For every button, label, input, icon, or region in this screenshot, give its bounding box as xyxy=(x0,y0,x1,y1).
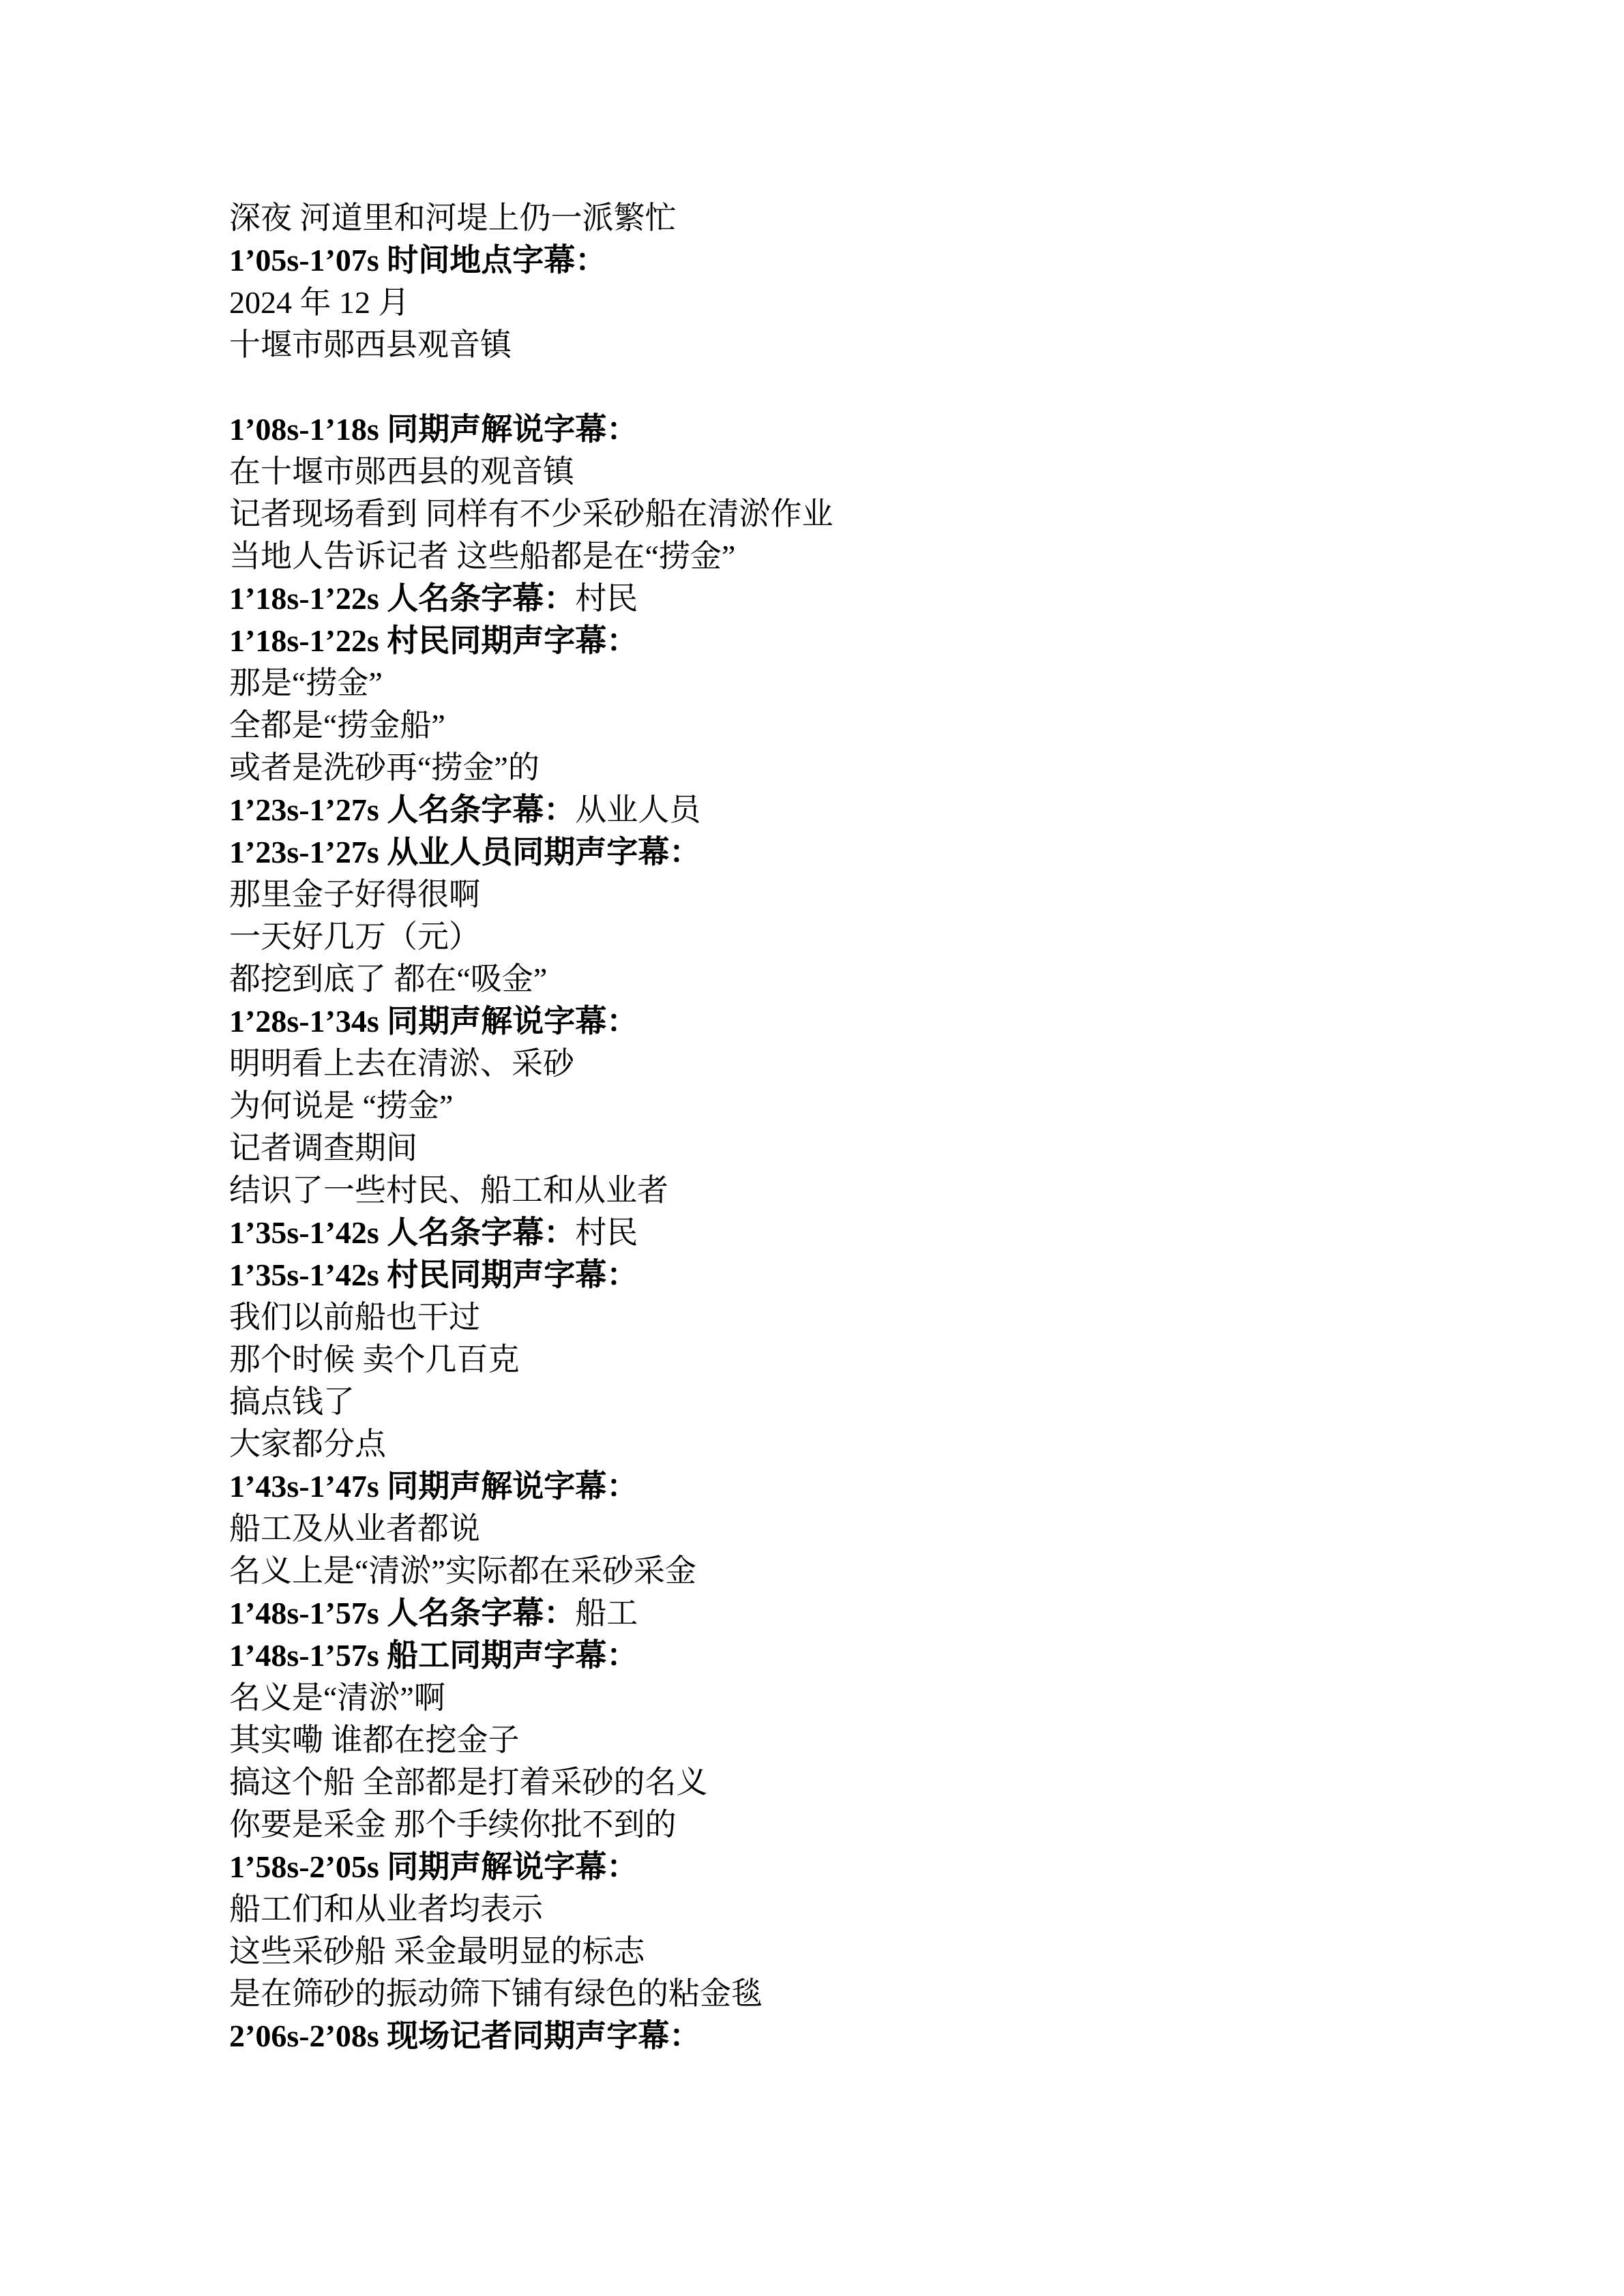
caption-text-segment: 名义上是“清淤”实际都在采砂采金 xyxy=(229,1553,696,1588)
caption-header-segment: 1’43s-1’47s 同期声解说字幕： xyxy=(229,1469,638,1504)
caption-text-segment: 其实嘞 谁都在挖金子 xyxy=(229,1723,520,1757)
text-line: 记者调查期间 xyxy=(229,1127,1430,1169)
text-line: 1’43s-1’47s 同期声解说字幕： xyxy=(229,1465,1430,1508)
caption-text-segment: 都挖到底了 都在“吸金” xyxy=(229,961,547,996)
text-line: 十堰市郧西县观音镇 xyxy=(229,324,1430,366)
text-line: 那里金子好得很啊 xyxy=(229,874,1430,916)
caption-header-segment: 1’28s-1’34s 同期声解说字幕： xyxy=(229,1004,638,1039)
caption-text-segment: 你要是采金 那个手续你批不到的 xyxy=(229,1807,677,1842)
caption-text-segment: 名义是“清淤”啊 xyxy=(229,1680,445,1715)
text-line: 或者是洗砂再“捞金”的 xyxy=(229,747,1430,789)
blank-line xyxy=(229,366,1430,408)
text-line: 在十堰市郧西县的观音镇 xyxy=(229,451,1430,493)
caption-text-segment: 船工们和从业者均表示 xyxy=(229,1892,543,1926)
text-line: 一天好几万（元） xyxy=(229,916,1430,958)
caption-text-segment: 十堰市郧西县观音镇 xyxy=(229,327,512,362)
caption-text-segment: 村民 xyxy=(575,581,638,616)
text-line: 你要是采金 那个手续你批不到的 xyxy=(229,1804,1430,1846)
caption-header-segment: 1’23s-1’27s 从业人员同期声字幕： xyxy=(229,835,700,869)
text-line: 结识了一些村民、船工和从业者 xyxy=(229,1169,1430,1212)
text-line: 2’06s-2’08s 现场记者同期声字幕： xyxy=(229,2015,1430,2057)
caption-header-segment: 1’23s-1’27s 人名条字幕： xyxy=(229,792,575,827)
caption-header-segment: 1’35s-1’42s 人名条字幕： xyxy=(229,1215,575,1250)
text-line: 1’58s-2’05s 同期声解说字幕： xyxy=(229,1846,1430,1888)
caption-text-segment: 结识了一些村民、船工和从业者 xyxy=(229,1173,668,1208)
caption-text-segment: 搞点钱了 xyxy=(229,1384,355,1419)
text-line: 那个时候 卖个几百克 xyxy=(229,1339,1430,1381)
text-line: 搞这个船 全部都是打着采砂的名义 xyxy=(229,1761,1430,1804)
text-line: 1’18s-1’22s 人名条字幕：村民 xyxy=(229,578,1430,620)
caption-header-segment: 1’05s-1’07s 时间地点字幕： xyxy=(229,243,606,278)
text-line: 名义上是“清淤”实际都在采砂采金 xyxy=(229,1550,1430,1592)
text-line: 是在筛砂的振动筛下铺有绿色的粘金毯 xyxy=(229,1973,1430,2015)
caption-text-segment: 是在筛砂的振动筛下铺有绿色的粘金毯 xyxy=(229,1976,763,2011)
caption-text-segment: 记者调查期间 xyxy=(229,1131,417,1165)
text-line: 1’48s-1’57s 船工同期声字幕： xyxy=(229,1635,1430,1677)
caption-text-segment: 船工 xyxy=(575,1596,638,1630)
caption-text-segment: 一天好几万（元） xyxy=(229,919,480,954)
text-line: 1’23s-1’27s 从业人员同期声字幕： xyxy=(229,831,1430,874)
caption-text-segment: 为何说是 “捞金” xyxy=(229,1088,453,1123)
text-line: 船工及从业者都说 xyxy=(229,1508,1430,1550)
caption-text-segment: 记者现场看到 同样有不少采砂船在清淤作业 xyxy=(229,496,833,531)
text-line: 船工们和从业者均表示 xyxy=(229,1888,1430,1930)
text-line: 1’08s-1’18s 同期声解说字幕： xyxy=(229,408,1430,451)
text-line: 当地人告诉记者 这些船都是在“捞金” xyxy=(229,535,1430,578)
caption-text-segment: 当地人告诉记者 这些船都是在“捞金” xyxy=(229,539,735,573)
caption-text-segment: 深夜 河道里和河堤上仍一派繁忙 xyxy=(229,200,677,235)
caption-header-segment: 1’48s-1’57s 船工同期声字幕： xyxy=(229,1638,638,1673)
text-line: 搞点钱了 xyxy=(229,1381,1430,1423)
text-line: 1’28s-1’34s 同期声解说字幕： xyxy=(229,1000,1430,1043)
text-line: 这些采砂船 采金最明显的标志 xyxy=(229,1930,1430,1973)
caption-text-segment: 从业人员 xyxy=(575,792,700,827)
caption-text-segment: 搞这个船 全部都是打着采砂的名义 xyxy=(229,1765,708,1800)
caption-header-segment: 1’18s-1’22s 人名条字幕： xyxy=(229,581,575,616)
caption-text-segment: 那是“捞金” xyxy=(229,666,383,700)
text-line: 深夜 河道里和河堤上仍一派繁忙 xyxy=(229,197,1430,239)
caption-header-segment: 1’48s-1’57s 人名条字幕： xyxy=(229,1596,575,1630)
text-line: 我们以前船也干过 xyxy=(229,1296,1430,1339)
text-line: 其实嘞 谁都在挖金子 xyxy=(229,1719,1430,1761)
text-line: 大家都分点 xyxy=(229,1423,1430,1465)
caption-text-segment: 船工及从业者都说 xyxy=(229,1511,480,1546)
text-line: 明明看上去在清淤、采砂 xyxy=(229,1043,1430,1085)
text-line: 1’35s-1’42s 村民同期声字幕： xyxy=(229,1254,1430,1296)
caption-text-segment: 那个时候 卖个几百克 xyxy=(229,1342,520,1377)
caption-text-segment: 这些采砂船 采金最明显的标志 xyxy=(229,1934,645,1969)
caption-text-segment: 明明看上去在清淤、采砂 xyxy=(229,1046,574,1081)
text-line: 1’18s-1’22s 村民同期声字幕： xyxy=(229,620,1430,662)
transcript-text: 深夜 河道里和河堤上仍一派繁忙1’05s-1’07s 时间地点字幕：2024 年… xyxy=(229,197,1430,2057)
text-line: 1’35s-1’42s 人名条字幕：村民 xyxy=(229,1212,1430,1254)
text-line: 为何说是 “捞金” xyxy=(229,1085,1430,1127)
text-line: 1’23s-1’27s 人名条字幕：从业人员 xyxy=(229,789,1430,831)
caption-text-segment: 或者是洗砂再“捞金”的 xyxy=(229,750,540,785)
caption-text-segment: 在十堰市郧西县的观音镇 xyxy=(229,454,574,489)
caption-text-segment: 村民 xyxy=(575,1215,638,1250)
text-line: 全都是“捞金船” xyxy=(229,704,1430,747)
caption-header-segment: 1’58s-2’05s 同期声解说字幕： xyxy=(229,1849,638,1884)
caption-text-segment: 全都是“捞金船” xyxy=(229,708,445,743)
text-line: 1’05s-1’07s 时间地点字幕： xyxy=(229,239,1430,282)
caption-header-segment: 1’08s-1’18s 同期声解说字幕： xyxy=(229,412,638,447)
caption-text-segment: 我们以前船也干过 xyxy=(229,1300,480,1335)
caption-header-segment: 1’35s-1’42s 村民同期声字幕： xyxy=(229,1257,638,1292)
text-line: 那是“捞金” xyxy=(229,662,1430,704)
text-line: 名义是“清淤”啊 xyxy=(229,1677,1430,1719)
caption-header-segment: 1’18s-1’22s 村民同期声字幕： xyxy=(229,623,638,658)
caption-text-segment: 那里金子好得很啊 xyxy=(229,877,480,912)
caption-text-segment: 大家都分点 xyxy=(229,1427,386,1461)
caption-header-segment: 2’06s-2’08s 现场记者同期声字幕： xyxy=(229,2018,700,2053)
caption-text-segment: 2024 年 12 月 xyxy=(229,285,410,320)
text-line: 1’48s-1’57s 人名条字幕：船工 xyxy=(229,1592,1430,1635)
text-line: 记者现场看到 同样有不少采砂船在清淤作业 xyxy=(229,493,1430,535)
text-line: 都挖到底了 都在“吸金” xyxy=(229,958,1430,1000)
document-page: 深夜 河道里和河堤上仍一派繁忙1’05s-1’07s 时间地点字幕：2024 年… xyxy=(0,0,1624,2296)
text-line: 2024 年 12 月 xyxy=(229,282,1430,324)
